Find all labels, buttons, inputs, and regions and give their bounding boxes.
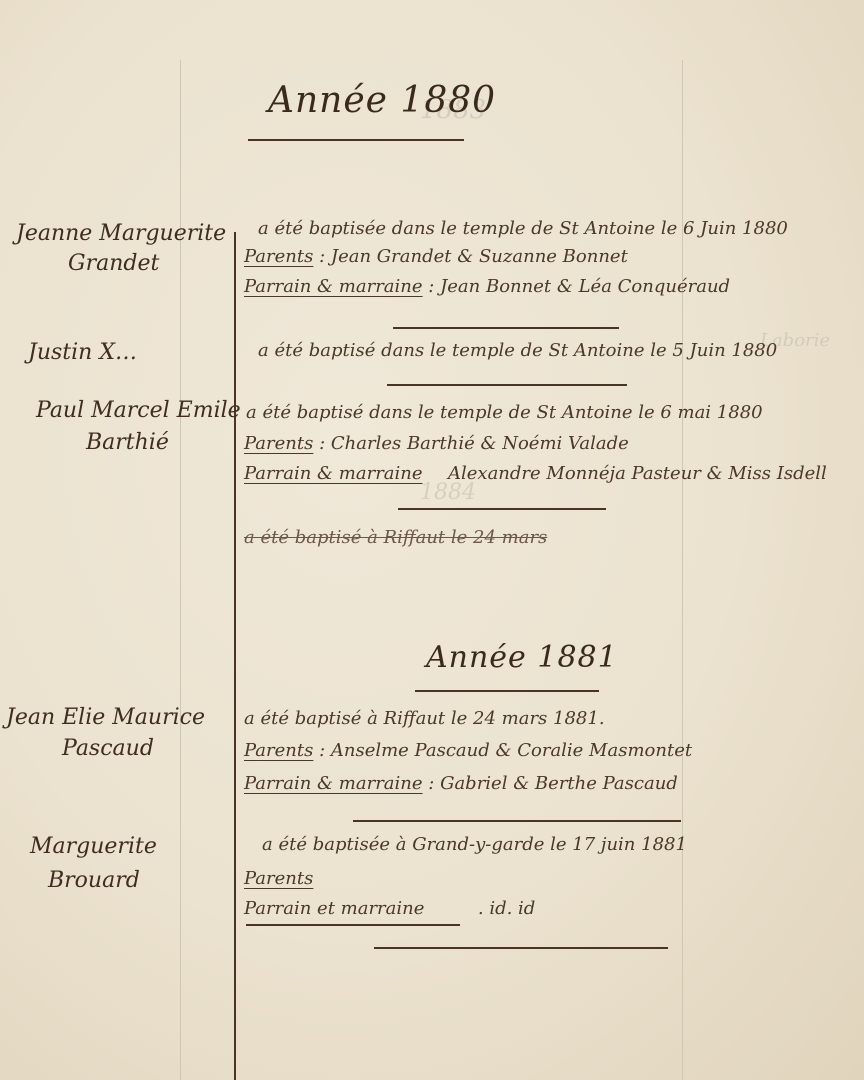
- godparents-line: Parrain et marraine . id. id: [244, 898, 535, 919]
- parents-value: : Anselme Pascaud & Coralie Masmontet: [319, 740, 692, 761]
- godparents-value: : Gabriel & Berthe Pascaud: [428, 773, 678, 794]
- faint-column-rule: [682, 60, 683, 1080]
- godparents-underline: [246, 924, 460, 926]
- baptism-line: a été baptisée dans le temple de St Anto…: [258, 218, 788, 239]
- struck-entry-line: a été baptisé à Riffaut le 24 mars: [244, 527, 547, 548]
- entry-name: Marguerite: [30, 834, 157, 859]
- entry-surname: Pascaud: [62, 736, 154, 761]
- godparents-value: Alexandre Monnéja Pasteur & Miss Isdell: [448, 463, 827, 484]
- register-page: 1883 1884 Laborie Année 1880 Jeanne Marg…: [0, 0, 864, 1080]
- year-heading-1880: Année 1880: [268, 80, 496, 121]
- parents-label: Parents: [244, 246, 313, 267]
- entry-name: Paul Marcel Emile: [36, 398, 241, 423]
- parents-value: : Charles Barthié & Noémi Valade: [319, 433, 629, 454]
- entry-surname: Grandet: [68, 251, 159, 276]
- baptism-line: a été baptisée à Grand-y-garde le 17 jui…: [262, 834, 687, 855]
- parents-label: Parents: [244, 740, 313, 761]
- heading-underline: [415, 690, 599, 692]
- entry-surname: Brouard: [48, 868, 140, 893]
- godparents-line: Parrain & marraine : Jean Bonnet & Léa C…: [244, 276, 730, 297]
- godparents-value: . id. id: [478, 898, 535, 919]
- parents-label: Parents: [244, 433, 313, 454]
- parents-line: Parents: [244, 868, 313, 889]
- parents-label: Parents: [244, 868, 313, 889]
- entry-divider: [393, 327, 619, 329]
- godparents-label: Parrain & marraine: [244, 276, 423, 297]
- entry-name: Justin X…: [28, 340, 137, 365]
- godparents-line: Parrain & marraine Alexandre Monnéja Pas…: [244, 463, 827, 484]
- entry-divider: [387, 384, 627, 386]
- godparents-label: Parrain et marraine: [244, 898, 424, 919]
- parents-line: Parents : Charles Barthié & Noémi Valade: [244, 433, 629, 454]
- parents-value: : Jean Grandet & Suzanne Bonnet: [319, 246, 628, 267]
- entry-divider: [353, 820, 681, 822]
- godparents-label: Parrain & marraine: [244, 463, 423, 484]
- faint-column-rule: [180, 60, 181, 1080]
- heading-underline: [248, 139, 464, 141]
- entry-divider: [374, 947, 668, 949]
- parents-line: Parents : Jean Grandet & Suzanne Bonnet: [244, 246, 628, 267]
- parents-line: Parents : Anselme Pascaud & Coralie Masm…: [244, 740, 692, 761]
- baptism-line: a été baptisé à Riffaut le 24 mars 1881.: [244, 708, 605, 729]
- entry-surname: Barthié: [86, 430, 169, 455]
- entry-divider: [398, 508, 606, 510]
- entry-name: Jean Elie Maurice: [6, 705, 205, 730]
- year-heading-1881: Année 1881: [426, 640, 618, 675]
- godparents-label: Parrain & marraine: [244, 773, 423, 794]
- godparents-value: : Jean Bonnet & Léa Conquéraud: [428, 276, 730, 297]
- godparents-line: Parrain & marraine : Gabriel & Berthe Pa…: [244, 773, 678, 794]
- baptism-line: a été baptisé dans le temple de St Antoi…: [246, 402, 763, 423]
- baptism-line: a été baptisé dans le temple de St Antoi…: [258, 340, 777, 361]
- entry-name: Jeanne Marguerite: [16, 221, 226, 246]
- margin-rule: [234, 232, 236, 1080]
